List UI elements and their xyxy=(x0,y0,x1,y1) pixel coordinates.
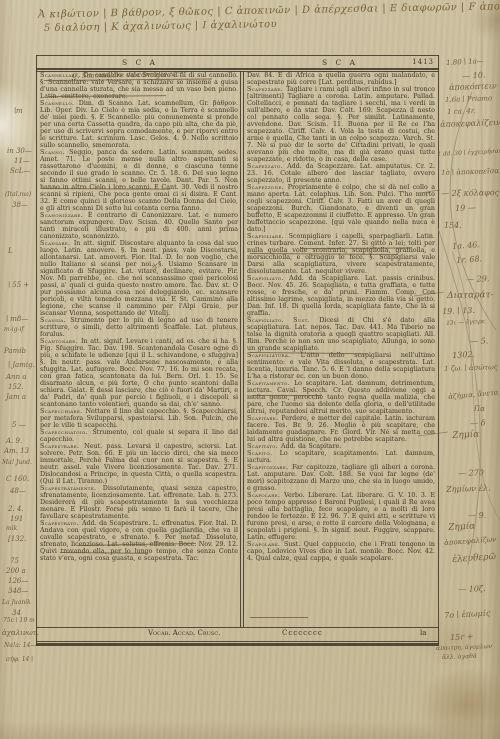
dictionary-entry: Scapitare.Perdere, e metter del capitale… xyxy=(247,415,435,443)
entry-body: Tagliare i rami agli alberi infino in su… xyxy=(247,86,435,163)
margin-annotation: 11— xyxy=(14,158,30,165)
margin-annotation-text: 5 — xyxy=(12,421,26,429)
left-column: Scannellare.Da cannello: vale Svolgere i… xyxy=(40,72,238,625)
margin-annotation: 19. ∣ 13. xyxy=(442,307,475,316)
entry-headword: Scapestrato. xyxy=(40,520,82,527)
dictionary-entry: Scapezzone.Propriamente è colpo, che si … xyxy=(247,184,435,233)
margin-annotation-text: 19. ∣ 13. xyxy=(442,306,475,316)
margin-annotation-text: 1r. 68. xyxy=(456,254,482,265)
entry-headword: Scapolare. xyxy=(247,492,284,499)
margin-annotation: ἀποκόπτειν xyxy=(449,82,497,92)
margin-annotation-text: (Ital.ma) xyxy=(5,191,31,198)
margin-annotation: ἐλευθερῶ xyxy=(452,553,496,565)
catchword: la xyxy=(420,629,426,637)
dictionary-entry: Scapitozzare.Far capitozze, tagliare gli… xyxy=(247,464,435,492)
frame-rule-bottom-thick xyxy=(36,643,439,646)
margin-annotation-text: ∣ m8— xyxy=(6,315,28,323)
margin-annotation: ∣ Jamig. xyxy=(8,362,35,369)
margin-annotation: — 5. xyxy=(470,337,488,346)
margin-annotation: 1 ζω. ∣ ἀσώτως xyxy=(444,364,498,373)
margin-annotation: 1302. xyxy=(452,351,475,360)
margin-annotation-text: C 160. xyxy=(6,475,29,483)
margin-annotation: ∣ 55 + xyxy=(8,282,29,289)
dictionary-entry: Scapezzare.Tagliare i rami agli alberi i… xyxy=(247,86,435,163)
dictionary-entry: Scapestrato.Add. da Scapestrare. L. effr… xyxy=(40,520,238,562)
margin-annotation-text: ∣m xyxy=(14,107,23,115)
margin-annotation: — 270 xyxy=(458,469,484,478)
margin-annotation-text: — 5. xyxy=(470,336,488,346)
margin-annotation: 34 xyxy=(12,610,21,617)
entry-headword: Scapitato. xyxy=(247,443,281,450)
footer-title: Vocab. Accad. Crusc. xyxy=(148,629,220,637)
margin-annotation-text: 7ο ∣ ἐπωμίς xyxy=(444,609,491,620)
margin-annotation: ScL— xyxy=(10,168,30,175)
margin-annotation: 38— xyxy=(12,202,28,209)
margin-annotation-text: Na!a: 14— xyxy=(4,642,36,649)
margin-annotation-text: mik xyxy=(6,525,17,532)
margin-annotation-text: 2. 4. xyxy=(8,505,24,513)
margin-annotation-text: 1ὸ ∣ ἀποκοπεῖσα xyxy=(441,167,499,177)
margin-annotation: L xyxy=(8,248,13,255)
margin-annotation: ἀποκεφαλίζειν xyxy=(440,119,500,129)
margin-annotation: Πα xyxy=(474,406,485,413)
margin-annotation: 1r. 68. xyxy=(456,255,482,265)
margin-annotation: 126— xyxy=(8,578,28,585)
entry-headword: Scapezzare. xyxy=(247,86,286,93)
margin-annotation: mik xyxy=(6,526,17,532)
margin-annotation: 1 ca. 4r. xyxy=(447,108,476,116)
margin-annotation: Ζημίων ἐλ. xyxy=(446,484,491,494)
dictionary-entry: Scansia.Strumento per lo più di legno ad… xyxy=(40,317,238,338)
margin-annotation-text: 34 xyxy=(12,609,21,617)
entry-headword: Scapitozzare. xyxy=(247,464,292,471)
margin-annotation-text: 1.6a ∣ Priamo xyxy=(445,94,492,104)
margin-annotation: — δ xyxy=(470,419,486,428)
margin-annotation: 5 — xyxy=(12,422,26,429)
margin-annotation: ἀποκεφαλίζων xyxy=(444,536,497,547)
margin-annotation: [132. xyxy=(8,536,26,543)
margin-annotation: 1a. 46. xyxy=(452,241,480,251)
margin-annotation-text: 48— xyxy=(10,487,26,495)
margin-annotation-text: 1a. 46. xyxy=(452,240,480,251)
margin-annotation-text: 1302. xyxy=(452,350,475,360)
entry-headword: Scapezzone. xyxy=(247,184,288,191)
dictionary-entry: Scanonizzare.È contrario di Canonizzare.… xyxy=(40,212,238,240)
margin-annotation: La Juanik xyxy=(2,600,31,606)
margin-annotation: A. 9. xyxy=(6,438,22,445)
entry-body: Neut. pass. Levarsi il capestro, sciorsi… xyxy=(40,443,238,485)
margin-annotation-text: — 270 xyxy=(458,468,484,478)
entry-headword: Scanno. xyxy=(40,149,69,156)
margin-annotation: in 30— xyxy=(7,148,32,155)
entry-headword: Scapecchiare. xyxy=(40,408,85,415)
margin-annotation-text: 200 a xyxy=(6,567,26,575)
margin-annotation-text: 75 xyxy=(10,557,19,565)
margin-annotation-text: — δ xyxy=(470,418,486,428)
footer-rule xyxy=(36,627,439,628)
margin-annotation-text: — 10ζ. xyxy=(458,584,486,594)
margin-annotation: 48— xyxy=(10,488,26,495)
margin-annotation: 75c ∣ 19 m xyxy=(3,618,35,624)
margin-annotation-text: Ma! Jund. xyxy=(2,459,32,466)
frame-rule-bottom-thin xyxy=(36,641,439,642)
margin-annotation-text: Ann a xyxy=(6,373,26,381)
margin-annotation-text: 152. xyxy=(8,383,24,391)
margin-annotation-text: 19 — xyxy=(455,203,476,213)
margin-annotation-text: 348— xyxy=(8,587,28,595)
margin-annotation-text: ἐλευθερῶ xyxy=(452,552,496,565)
dictionary-entry: Scapestratamente.Dissolutamente, quasi s… xyxy=(40,485,238,520)
margin-annotation-text: ἀπαιτρη, ἀγομλων xyxy=(436,643,492,652)
margin-annotation: Ζημία xyxy=(452,431,480,441)
margin-annotation: 15r + xyxy=(450,633,474,642)
margin-annotation-text: in 30— xyxy=(7,147,32,155)
margin-annotation: 1ὸ ∣ ἀποκοπεῖσα xyxy=(441,168,499,177)
entry-headword: Scansia. xyxy=(40,317,70,324)
margin-annotation-text: La Juanik xyxy=(2,599,31,606)
interlinear-annotation-text: ϗ xyxy=(152,261,158,270)
margin-annotation-text: σήφ. 14 ∣ xyxy=(6,656,33,663)
entry-headword: Scapitare. xyxy=(247,415,281,422)
margin-annotation: Ζημία xyxy=(448,523,476,533)
margin-annotation-text: 38— xyxy=(12,201,28,209)
margin-annotation: ∣m xyxy=(14,108,23,115)
frame-rule-under-head-thick xyxy=(36,68,439,70)
entry-body: Propriamente è colpo, che si dà nel coll… xyxy=(247,184,435,233)
margin-annotation-text: 1 ca. 4r. xyxy=(447,107,476,116)
margin-annotation: Na!a: 14— xyxy=(4,643,36,649)
margin-annotation: 75 xyxy=(10,558,19,565)
margin-annotation: Am. 13 xyxy=(4,448,29,455)
margin-annotation-text: 15r + xyxy=(450,632,474,642)
margin-annotation-text: ἄλλ. ἀγαθά xyxy=(442,653,477,661)
entry-headword: Scannello. xyxy=(40,100,79,107)
dictionary-entry: Scantonare.In att. signif. Levare i cant… xyxy=(40,338,238,408)
margin-annotation-text: ScL— xyxy=(10,167,30,175)
margin-annotation: 348— xyxy=(8,588,28,595)
margin-annotation-text: Jam a xyxy=(6,393,26,401)
entry-body: Seggio, panca da sedere. Latin. scamnum,… xyxy=(40,149,238,212)
entry-headword: Scantonare. xyxy=(40,338,81,345)
margin-annotation-text: 13ι — ἔγειρε xyxy=(446,318,485,327)
entry-body: Strumento per lo più di legno ad uso di … xyxy=(40,317,238,338)
dictionary-entry: Scapitato.Add. da Scapitare. xyxy=(247,443,435,450)
margin-annotation: 200 a xyxy=(6,568,26,575)
entry-headword: Scapolare. xyxy=(247,541,284,548)
margin-annotation: 1.6a ∣ Priamo xyxy=(445,95,492,104)
running-head-left: S C A xyxy=(90,58,190,67)
dictionary-entry: Scapestrare.Neut. pass. Levarsi il capes… xyxy=(40,443,238,485)
margin-annotation-text: ∣ Jamig. xyxy=(8,361,35,369)
dictionary-entry: Scapolare.Verbo. Liberare. Lat. liberare… xyxy=(247,492,435,541)
entry-headword: Scapezzato. xyxy=(247,163,287,170)
margin-annotation: ∣ m8— xyxy=(6,316,28,323)
margin-annotation: 2. 4. xyxy=(8,506,24,513)
dictionary-entry: Scapitamento.Lo scapitare. Lat. damnum, … xyxy=(247,380,435,415)
interlinear-annotation: ϗ xyxy=(152,262,158,270)
right-column: Dav. 84. E di Africa a quella guerra ogn… xyxy=(247,72,435,625)
margin-annotation: Pamib xyxy=(4,348,26,355)
margin-annotation: 1 dd. 30 ∣ ἐγχειρῆσαι xyxy=(437,149,500,158)
margin-annotation: 154. xyxy=(444,222,462,230)
entry-headword: Scapigliato. Sust. xyxy=(247,317,319,324)
entry-headword: Scanonizzare. xyxy=(40,212,88,219)
margin-annotation: ἄλλ. ἀγαθά xyxy=(442,654,477,661)
margin-annotation-text: Πα xyxy=(474,405,485,413)
dictionary-entry: Scanno.Seggio, panca da sedere. Latin. s… xyxy=(40,149,238,212)
margin-annotation-text: ἀποκεφαλίζων xyxy=(444,535,497,547)
dictionary-entry: Scapigliatura.L'atto dello scapigliarsi … xyxy=(247,352,435,380)
entry-headword: Scapigliare. xyxy=(247,233,289,240)
dictionary-entry: Scapecchiare.Nettare il lino dal capecch… xyxy=(40,408,238,429)
margin-annotation: ἀπαιτρη, ἀγομλων xyxy=(436,644,492,652)
margin-annotation-text: 1 dd. 30 ∣ ἐγχειρῆσαι xyxy=(437,148,500,158)
margin-annotation-text: ἀποκόπτειν xyxy=(449,81,497,92)
margin-annotation: 191 xyxy=(10,516,23,523)
entry-body: Add. da Scapestrare. L. effrenatus. Fior… xyxy=(40,520,238,562)
dictionary-entry: Scapolare.Sust. Quel cappuccio, che i Fr… xyxy=(247,541,435,562)
entry-headword: Scapestrare. xyxy=(40,443,84,450)
dictionary-entry: Scapigliato. Sust.Dicesi di Chi s'è dato… xyxy=(247,317,435,352)
margin-annotation-text: 154. xyxy=(444,221,462,230)
margin-annotation-text: ∣ 55 + xyxy=(8,281,29,289)
margin-annotation-text: 75c ∣ 19 m xyxy=(3,617,35,624)
running-head-right: S C A xyxy=(290,58,390,67)
entry-headword: Scapito. xyxy=(247,450,280,457)
entry-body: Verbo. Liberare. Lat. liberare. G. V. 10… xyxy=(247,492,435,541)
scanned-dictionary-page: Ἀ κιβώτιον | Β βάθρον, ξ θῶκος | C ἀποκι… xyxy=(0,0,500,739)
margin-annotation: ἀζήμια, ἄνετα xyxy=(448,390,499,401)
dictionary-entry: Scannello.Dim. di Scanno. Lat. scamnellu… xyxy=(40,100,238,149)
margin-annotation-text: 1.80 ∣ 1a— xyxy=(446,57,484,67)
margin-annotation: Διαταράτ- xyxy=(447,291,494,301)
margin-annotation: (Ital.ma) xyxy=(5,192,31,198)
margin-annotation-text: Ζημία xyxy=(448,522,476,533)
dictionary-entry: Scapezzato.Add. da Scapezzare. Lat. ampu… xyxy=(247,163,435,184)
margin-annotation: — 10ζ. xyxy=(458,585,486,594)
margin-annotation: — 10. xyxy=(462,71,486,81)
ink-stroke xyxy=(250,617,308,618)
margin-annotation-text: 126— xyxy=(8,577,28,585)
margin-annotation-text: Pamib xyxy=(4,347,26,355)
margin-annotation-text: 191 xyxy=(10,515,23,523)
margin-annotation-text: m-ig-if xyxy=(4,326,24,333)
dictionary-entry: Scapigliato.Add. da Scapigliare. Lat. pa… xyxy=(247,275,435,317)
dictionary-entry: Dav. 84. E di Africa a quella guerra ogn… xyxy=(247,72,435,86)
margin-annotation-text: [132. xyxy=(8,535,26,543)
margin-annotation-text: — 9. xyxy=(468,511,486,520)
margin-annotation: m-ig-if xyxy=(4,327,24,333)
entry-headword: Scapecchiatoio. xyxy=(40,429,92,436)
margin-annotation-text: L xyxy=(8,247,13,255)
margin-annotation-text: ἀχαλινωτ. xyxy=(2,629,39,637)
entry-headword: Scansare. xyxy=(40,240,74,247)
handwritten-greek-annotation-line: 5 διαλύση | Κ ἀχαλινώτως | Ι ἀχαλινώτου xyxy=(44,20,277,34)
margin-annotation-text: ἀποκεφαλίζειν xyxy=(440,118,500,129)
margin-annotation: 152. xyxy=(8,384,24,391)
entry-body: Add. da Scapitare. xyxy=(281,443,341,450)
entry-headword: Scapestratamente. xyxy=(40,485,103,492)
margin-annotation: Jam a xyxy=(6,394,26,401)
margin-annotation: C 160. xyxy=(6,476,29,483)
margin-annotation-text: ἀζήμια, ἄνετα xyxy=(448,389,499,401)
margin-annotation-text: Διαταράτ- xyxy=(447,290,494,301)
margin-annotation-text: 1 ζω. ∣ ἀσώτως xyxy=(444,363,498,373)
margin-annotation-text: Am. 13 xyxy=(4,447,29,455)
margin-annotation: σήφ. 14 ∣ xyxy=(6,657,33,663)
margin-annotation: Ann a xyxy=(6,374,26,381)
margin-annotation-text: Ζημία xyxy=(452,430,480,441)
entry-headword: Scapigliato. xyxy=(247,275,289,282)
handwritten-greek-annotation-line: Ἀ κιβώτιον | Β βάθρον, ξ θῶκος | C ἀποκι… xyxy=(38,2,500,21)
margin-annotation-text: Ζημίων ἐλ. xyxy=(446,483,491,494)
ink-stroke xyxy=(252,395,322,396)
frame-rule-right xyxy=(438,55,439,646)
page-number: 1413 xyxy=(400,58,434,66)
margin-annotation: — 2ξ κόλαφος xyxy=(441,189,499,198)
signature-mark: Cccccccc xyxy=(282,629,323,637)
margin-annotation-text: — 29. xyxy=(466,274,490,284)
margin-annotation: — 9. xyxy=(468,512,486,520)
entry-body: Dim. di Scanno. Lat. scamnellum, Gr. βάθ… xyxy=(40,100,238,149)
text-block: Scannellare.Da cannello: vale Svolgere i… xyxy=(37,72,438,625)
entry-body: In att. signif. Levare i canti, ad es. c… xyxy=(40,338,238,408)
entry-body: In att. signif. Discostare alquanto la c… xyxy=(40,240,238,317)
dictionary-entry: Scansare.In att. signif. Discostare alqu… xyxy=(40,240,238,317)
margin-annotation-text: — 10. xyxy=(462,70,486,81)
margin-annotation: — 29. xyxy=(466,275,490,284)
margin-annotation: 7ο ∣ ἐπωμίς xyxy=(444,610,491,620)
margin-annotation: Ma! Jund. xyxy=(2,460,32,466)
margin-annotation: 1.80 ∣ 1a— xyxy=(446,58,484,67)
dictionary-entry: Scapito.Lo scapitare, scapitamento. Lat.… xyxy=(247,450,435,464)
entry-body: Add. da Scapigliare. Lat. passis crinibu… xyxy=(247,275,435,317)
margin-annotation-text: 11— xyxy=(14,157,30,165)
dictionary-entry: Scapecchiatoio.Strumento, col quale si s… xyxy=(40,429,238,443)
margin-annotation: ἀχαλινωτ. xyxy=(2,630,39,637)
margin-annotation-text: — 2ξ κόλαφος xyxy=(441,188,499,198)
frame-rule-top xyxy=(36,55,439,56)
margin-annotation-text: A. 9. xyxy=(6,437,22,445)
entry-body: Dav. 84. E di Africa a quella guerra ogn… xyxy=(247,72,435,86)
margin-annotation: 19 — xyxy=(455,204,476,213)
entry-headword: Scapitamento. xyxy=(247,380,294,387)
margin-annotation: 13ι — ἔγειρε xyxy=(446,319,485,327)
